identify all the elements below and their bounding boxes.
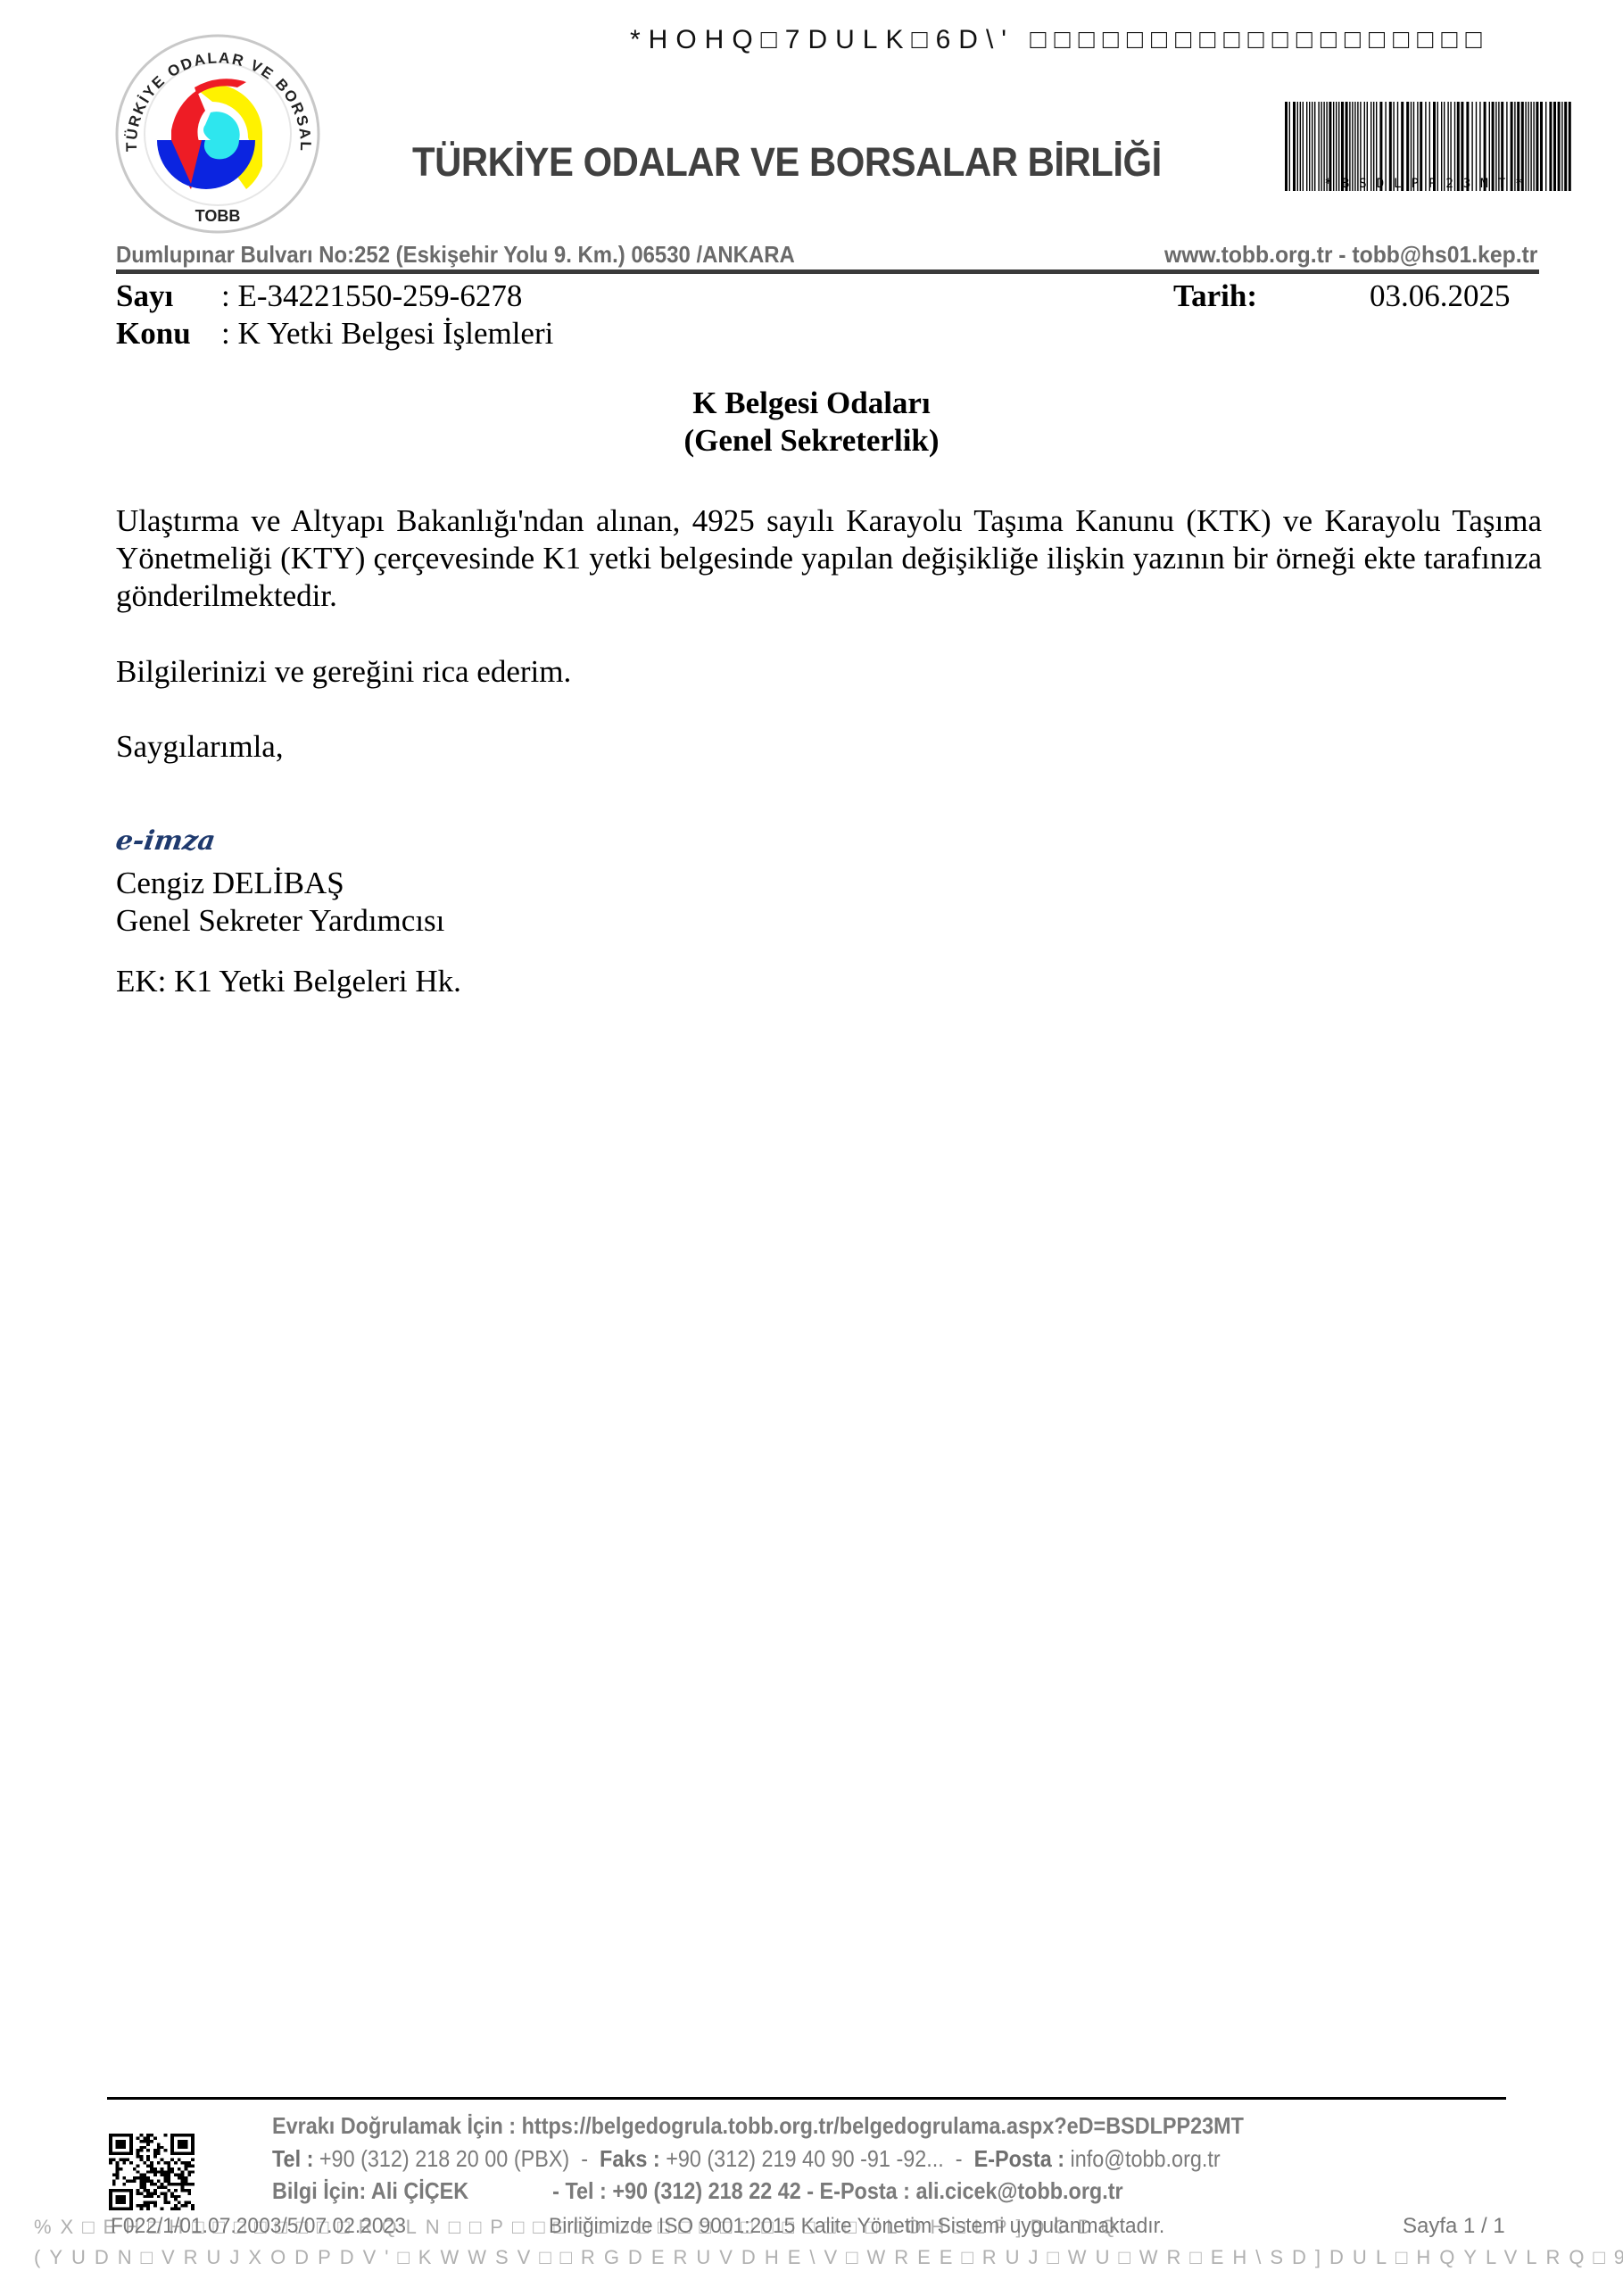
recipient-line-2: (Genel Sekreterlik) xyxy=(0,423,1623,459)
closing-line: Saygılarımla, xyxy=(116,729,284,765)
tarih-label: Tarih: xyxy=(1173,278,1257,314)
garbled-footer-line-2: (YUDN□VRUJXODPDV'□KWWSV□□RGDERUVDHE\V□WR… xyxy=(34,2246,1623,2269)
verify-label: Evrakı Doğrulamak İçin : xyxy=(272,2112,516,2139)
attachment-line: EK: K1 Yetki Belgeleri Hk. xyxy=(116,964,461,999)
qr-code-icon xyxy=(109,2134,195,2210)
verify-url[interactable]: https://belgedogrula.tobb.org.tr/belgedo… xyxy=(522,2112,1244,2139)
tarih-value: 03.06.2025 xyxy=(1370,278,1511,314)
request-line: Bilgilerinizi ve gereğini rica ederim. xyxy=(116,654,571,690)
iso-note: Birliğimizde ISO 9001:2015 Kalite Yöneti… xyxy=(549,2214,1164,2239)
signer-name: Cengiz DELİBAŞ xyxy=(116,866,344,901)
tel-label: Tel : xyxy=(272,2145,313,2172)
header-divider xyxy=(116,269,1539,274)
body-paragraph: Ulaştırma ve Altyapı Bakanlığı'ndan alın… xyxy=(116,502,1542,615)
svg-text:TOBB: TOBB xyxy=(195,207,241,225)
organization-title: TÜRKİYE ODALAR VE BORSALAR BİRLİĞİ xyxy=(412,139,1162,186)
info-line: Bilgi İçin: Ali ÇİÇEK - Tel : +90 (312) … xyxy=(272,2177,1123,2205)
signer-title: Genel Sekreter Yardımcısı xyxy=(116,903,444,939)
fax-label: Faks : xyxy=(600,2145,660,2172)
info-contact: Bilgi İçin: Ali ÇİÇEK xyxy=(272,2177,468,2204)
phone-line: Tel : +90 (312) 218 20 00 (PBX) - Faks :… xyxy=(272,2145,1221,2173)
info-tel: - Tel : +90 (312) 218 22 42 - E-Posta : … xyxy=(552,2177,1122,2204)
konu-value: : K Yetki Belgesi İşlemleri xyxy=(221,316,553,352)
contact-line[interactable]: www.tobb.org.tr - tobb@hs01.kep.tr xyxy=(1164,241,1537,269)
verify-line: Evrakı Doğrulamak İçin : https://belgedo… xyxy=(272,2112,1244,2140)
recipient-line-1: K Belgesi Odaları xyxy=(0,385,1623,421)
fax-value: +90 (312) 219 40 90 -91 -92... xyxy=(666,2145,944,2172)
garbled-header-text: *HOHQ□7DULK□6D\' □□□□□□□□□□□□□□□□□□□ xyxy=(630,25,1490,55)
footer-divider xyxy=(107,2097,1506,2100)
document-code: F022/1/01.07.2003/5/07.02.2023 xyxy=(111,2214,406,2239)
address-line: Dumlupınar Bulvarı No:252 (Eskişehir Yol… xyxy=(116,241,795,269)
email-label: E-Posta : xyxy=(974,2145,1064,2172)
barcode-text: *BSDLPP23MT* xyxy=(1285,177,1572,191)
page-number: Sayfa 1 / 1 xyxy=(1403,2214,1505,2239)
sayi-label: Sayı xyxy=(116,278,173,314)
tel-value: +90 (312) 218 20 00 (PBX) xyxy=(319,2145,569,2172)
e-signature-mark: e-imza xyxy=(114,825,218,857)
email-value[interactable]: info@tobb.org.tr xyxy=(1071,2145,1221,2172)
konu-label: Konu xyxy=(116,316,191,352)
tobb-logo-icon: TÜRKİYE ODALAR VE BORSALAR BİRLİĞİ TOBB xyxy=(112,32,323,239)
sayi-value: : E-34221550-259-6278 xyxy=(221,278,522,314)
